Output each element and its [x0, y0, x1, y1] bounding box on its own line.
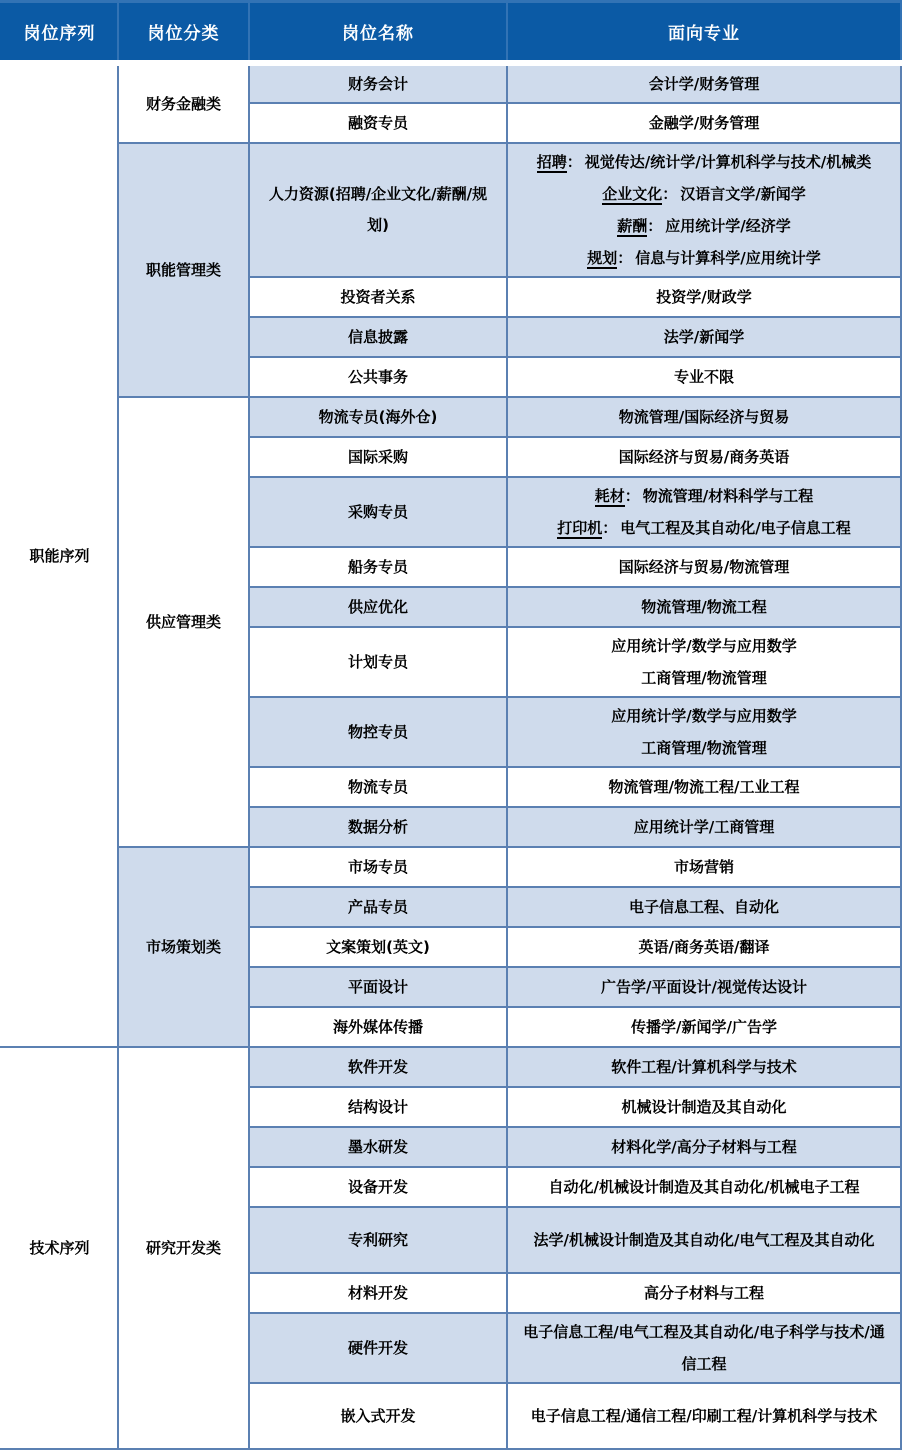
major-line: 法学/新闻学: [516, 321, 892, 353]
job-name-cell: 采购专员: [249, 477, 507, 547]
major-line: 电子信息工程/电气工程及其自动化/电子科学与技术/通信工程: [516, 1316, 892, 1380]
header-row: 岗位序列 岗位分类 岗位名称 面向专业: [1, 2, 901, 64]
major-line: 应用统计学/数学与应用数学: [516, 700, 892, 732]
major-text: 金融学/财务管理: [649, 114, 759, 132]
major-text: 会计学/财务管理: [649, 75, 759, 93]
table-row: 市场策划类市场专员市场营销: [1, 847, 901, 887]
majors-cell: 国际经济与贸易/物流管理: [507, 547, 901, 587]
job-name-cell: 供应优化: [249, 587, 507, 627]
major-group-label: 打印机: [557, 519, 602, 539]
majors-cell: 物流管理/物流工程: [507, 587, 901, 627]
col-header-job-title: 岗位名称: [249, 2, 507, 64]
majors-cell: 耗材：物流管理/材料科学与工程打印机：电气工程及其自动化/电子信息工程: [507, 477, 901, 547]
job-name-cell: 市场专员: [249, 847, 507, 887]
job-name-cell: 结构设计: [249, 1087, 507, 1127]
category-cell: 财务金融类: [118, 63, 249, 143]
major-text: 高分子材料与工程: [644, 1284, 764, 1302]
majors-cell: 广告学/平面设计/视觉传达设计: [507, 967, 901, 1007]
majors-cell: 应用统计学/数学与应用数学工商管理/物流管理: [507, 627, 901, 697]
job-name-cell: 国际采购: [249, 437, 507, 477]
major-text: 电子信息工程/电气工程及其自动化/电子科学与技术/通信工程: [523, 1323, 884, 1373]
major-group-label: 耗材: [595, 487, 625, 507]
majors-cell: 专业不限: [507, 357, 901, 397]
job-name-cell: 软件开发: [249, 1047, 507, 1087]
job-name-cell: 专利研究: [249, 1207, 507, 1273]
table-row: 职能序列财务金融类财务会计会计学/财务管理: [1, 63, 901, 103]
major-text: 工商管理/物流管理: [641, 669, 766, 687]
job-name-cell: 材料开发: [249, 1273, 507, 1313]
majors-cell: 市场营销: [507, 847, 901, 887]
major-text: 物流管理/材料科学与工程: [643, 487, 813, 505]
major-group-label: 企业文化: [602, 185, 662, 205]
major-line: 打印机：电气工程及其自动化/电子信息工程: [516, 512, 892, 544]
major-text: 工商管理/物流管理: [641, 739, 766, 757]
major-text: 投资学/财政学: [656, 288, 751, 306]
majors-cell: 英语/商务英语/翻译: [507, 927, 901, 967]
major-line: 传播学/新闻学/广告学: [516, 1011, 892, 1043]
major-line: 广告学/平面设计/视觉传达设计: [516, 971, 892, 1003]
major-text: 软件工程/计算机科学与技术: [611, 1058, 796, 1076]
major-text: 信息与计算科学/应用统计学: [635, 249, 820, 267]
sequence-cell: 技术序列: [1, 1047, 118, 1449]
majors-cell: 高分子材料与工程: [507, 1273, 901, 1313]
major-text: 广告学/平面设计/视觉传达设计: [601, 978, 807, 996]
major-line: 国际经济与贸易/物流管理: [516, 551, 892, 583]
major-line: 投资学/财政学: [516, 281, 892, 313]
job-name-cell: 产品专员: [249, 887, 507, 927]
major-text: 市场营销: [674, 858, 734, 876]
major-line: 应用统计学/工商管理: [516, 811, 892, 843]
major-text: 机械设计制造及其自动化: [621, 1098, 786, 1116]
major-text: 法学/新闻学: [664, 328, 744, 346]
label-separator: ：: [617, 249, 632, 267]
major-text: 电气工程及其自动化/电子信息工程: [620, 519, 850, 537]
major-line: 耗材：物流管理/材料科学与工程: [516, 480, 892, 512]
major-line: 电子信息工程/通信工程/印刷工程/计算机科学与技术: [516, 1400, 892, 1432]
job-name-cell: 人力资源(招聘/企业文化/薪酬/规划): [249, 143, 507, 277]
major-group-label: 招聘: [537, 153, 567, 173]
major-text: 材料化学/高分子材料与工程: [611, 1138, 796, 1156]
major-line: 物流管理/国际经济与贸易: [516, 401, 892, 433]
major-text: 物流管理/物流工程/工业工程: [609, 778, 800, 796]
majors-cell: 法学/机械设计制造及其自动化/电气工程及其自动化: [507, 1207, 901, 1273]
major-line: 招聘：视觉传达/统计学/计算机科学与技术/机械类: [516, 146, 892, 178]
major-text: 应用统计学/数学与应用数学: [611, 707, 796, 725]
majors-cell: 软件工程/计算机科学与技术: [507, 1047, 901, 1087]
label-separator: ：: [662, 185, 677, 203]
category-cell: 职能管理类: [118, 143, 249, 397]
majors-cell: 机械设计制造及其自动化: [507, 1087, 901, 1127]
major-line: 材料化学/高分子材料与工程: [516, 1131, 892, 1163]
table-row: 职能管理类人力资源(招聘/企业文化/薪酬/规划)招聘：视觉传达/统计学/计算机科…: [1, 143, 901, 277]
job-name-cell: 物控专员: [249, 697, 507, 767]
majors-cell: 应用统计学/数学与应用数学工商管理/物流管理: [507, 697, 901, 767]
major-text: 物流管理/物流工程: [641, 598, 766, 616]
job-name-cell: 海外媒体传播: [249, 1007, 507, 1047]
majors-cell: 电子信息工程/电气工程及其自动化/电子科学与技术/通信工程: [507, 1313, 901, 1383]
major-line: 金融学/财务管理: [516, 107, 892, 139]
majors-cell: 国际经济与贸易/商务英语: [507, 437, 901, 477]
label-separator: ：: [647, 217, 662, 235]
major-line: 机械设计制造及其自动化: [516, 1091, 892, 1123]
job-name-cell: 墨水研发: [249, 1127, 507, 1167]
major-text: 传播学/新闻学/广告学: [631, 1018, 777, 1036]
col-header-job-category: 岗位分类: [118, 2, 249, 64]
job-name-cell: 设备开发: [249, 1167, 507, 1207]
majors-cell: 招聘：视觉传达/统计学/计算机科学与技术/机械类企业文化：汉语言文学/新闻学薪酬…: [507, 143, 901, 277]
major-group-label: 规划: [587, 249, 617, 269]
major-line: 物流管理/物流工程: [516, 591, 892, 623]
major-line: 会计学/财务管理: [516, 68, 892, 100]
major-line: 英语/商务英语/翻译: [516, 931, 892, 963]
job-name-cell: 计划专员: [249, 627, 507, 697]
majors-cell: 物流管理/国际经济与贸易: [507, 397, 901, 437]
majors-cell: 电子信息工程/通信工程/印刷工程/计算机科学与技术: [507, 1383, 901, 1449]
major-line: 工商管理/物流管理: [516, 732, 892, 764]
major-line: 高分子材料与工程: [516, 1277, 892, 1309]
category-cell: 研究开发类: [118, 1047, 249, 1449]
majors-cell: 材料化学/高分子材料与工程: [507, 1127, 901, 1167]
major-text: 电子信息工程/通信工程/印刷工程/计算机科学与技术: [531, 1407, 877, 1425]
job-name-cell: 财务会计: [249, 63, 507, 103]
major-line: 法学/机械设计制造及其自动化/电气工程及其自动化: [516, 1224, 892, 1256]
major-line: 电子信息工程、自动化: [516, 891, 892, 923]
job-name-cell: 硬件开发: [249, 1313, 507, 1383]
majors-cell: 法学/新闻学: [507, 317, 901, 357]
major-line: 工商管理/物流管理: [516, 662, 892, 694]
label-separator: ：: [567, 153, 582, 171]
job-name-cell: 文案策划(英文): [249, 927, 507, 967]
major-text: 应用统计学/经济学: [665, 217, 790, 235]
major-text: 自动化/机械设计制造及其自动化/机械电子工程: [549, 1178, 860, 1196]
category-cell: 供应管理类: [118, 397, 249, 847]
major-text: 专业不限: [674, 368, 734, 386]
major-text: 电子信息工程、自动化: [629, 898, 779, 916]
major-line: 薪酬：应用统计学/经济学: [516, 210, 892, 242]
label-separator: ：: [602, 519, 617, 537]
job-name-cell: 信息披露: [249, 317, 507, 357]
table-row: 供应管理类物流专员(海外仓)物流管理/国际经济与贸易: [1, 397, 901, 437]
major-text: 应用统计学/数学与应用数学: [611, 637, 796, 655]
job-name-cell: 投资者关系: [249, 277, 507, 317]
category-cell: 市场策划类: [118, 847, 249, 1047]
job-name-cell: 融资专员: [249, 103, 507, 143]
job-name-cell: 船务专员: [249, 547, 507, 587]
major-text: 法学/机械设计制造及其自动化/电气工程及其自动化: [534, 1231, 875, 1249]
sequence-cell: 职能序列: [1, 63, 118, 1047]
majors-cell: 自动化/机械设计制造及其自动化/机械电子工程: [507, 1167, 901, 1207]
majors-cell: 传播学/新闻学/广告学: [507, 1007, 901, 1047]
label-separator: ：: [625, 487, 640, 505]
major-text: 汉语言文学/新闻学: [680, 185, 805, 203]
majors-cell: 物流管理/物流工程/工业工程: [507, 767, 901, 807]
job-name-cell: 平面设计: [249, 967, 507, 1007]
job-name-cell: 数据分析: [249, 807, 507, 847]
col-header-target-majors: 面向专业: [507, 2, 901, 64]
major-text: 英语/商务英语/翻译: [639, 938, 770, 956]
majors-cell: 投资学/财政学: [507, 277, 901, 317]
major-line: 企业文化：汉语言文学/新闻学: [516, 178, 892, 210]
major-line: 应用统计学/数学与应用数学: [516, 630, 892, 662]
job-name-cell: 公共事务: [249, 357, 507, 397]
job-name-cell: 物流专员: [249, 767, 507, 807]
job-positions-table: 岗位序列 岗位分类 岗位名称 面向专业 职能序列财务金融类财务会计会计学/财务管…: [0, 0, 902, 1450]
major-line: 物流管理/物流工程/工业工程: [516, 771, 892, 803]
major-text: 物流管理/国际经济与贸易: [619, 408, 789, 426]
job-name-cell: 物流专员(海外仓): [249, 397, 507, 437]
major-text: 应用统计学/工商管理: [634, 818, 774, 836]
major-text: 国际经济与贸易/商务英语: [619, 448, 789, 466]
major-text: 视觉传达/统计学/计算机科学与技术/机械类: [585, 153, 871, 171]
table-row: 技术序列研究开发类软件开发软件工程/计算机科学与技术: [1, 1047, 901, 1087]
major-line: 规划：信息与计算科学/应用统计学: [516, 242, 892, 274]
major-text: 国际经济与贸易/物流管理: [619, 558, 789, 576]
major-line: 专业不限: [516, 361, 892, 393]
majors-cell: 应用统计学/工商管理: [507, 807, 901, 847]
majors-cell: 电子信息工程、自动化: [507, 887, 901, 927]
job-name-cell: 嵌入式开发: [249, 1383, 507, 1449]
major-group-label: 薪酬: [617, 217, 647, 237]
major-line: 国际经济与贸易/商务英语: [516, 441, 892, 473]
majors-cell: 金融学/财务管理: [507, 103, 901, 143]
col-header-job-sequence: 岗位序列: [1, 2, 118, 64]
major-line: 市场营销: [516, 851, 892, 883]
major-line: 自动化/机械设计制造及其自动化/机械电子工程: [516, 1171, 892, 1203]
majors-cell: 会计学/财务管理: [507, 63, 901, 103]
major-line: 软件工程/计算机科学与技术: [516, 1051, 892, 1083]
